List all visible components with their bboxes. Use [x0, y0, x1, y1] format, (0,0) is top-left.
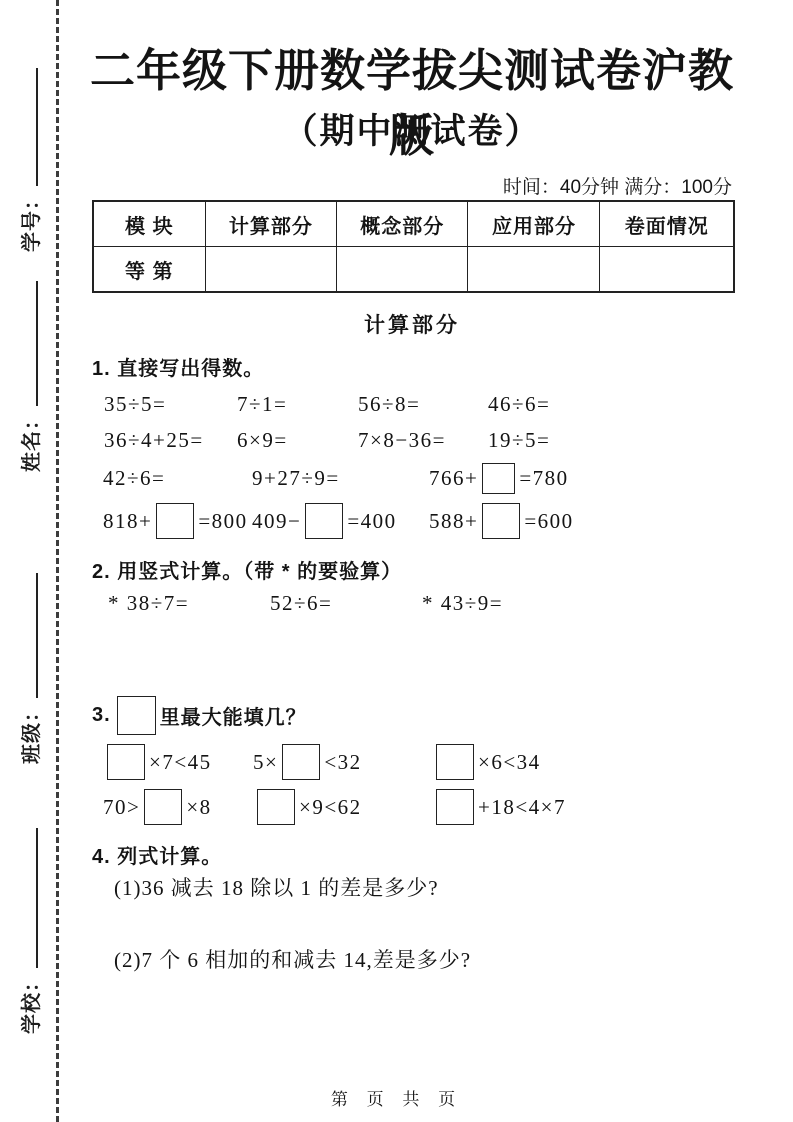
inequality-right: ×6<34 [478, 750, 541, 774]
score-table-empty-cell [468, 247, 600, 293]
answer-box [482, 463, 515, 494]
school-blank-line [14, 828, 38, 968]
inequality-right: ×9<62 [299, 795, 362, 819]
score-table-grade-row: 等 第 [93, 247, 734, 293]
score-table-header-module: 模 块 [93, 201, 205, 247]
binding-dashed-line [56, 0, 59, 1122]
equation: 52÷6= [270, 583, 332, 623]
student-id-field: 学号： [14, 68, 48, 252]
test-paper-page: 学号： 姓名： 班级： 学校： 二年级下册数学拔尖测试卷沪教版 （期中测试卷） … [0, 0, 793, 1122]
answer-box [257, 789, 295, 825]
inequality: ×6<34 [432, 742, 541, 782]
q1-title: 1. 直接写出得数。 [92, 352, 264, 381]
q1-row3: 42÷6= 9+27÷9= 766+=780 [0, 458, 793, 504]
inequality: +18<4×7 [432, 787, 566, 827]
equation: 7×8−36= [358, 420, 446, 460]
score-table-header-row: 模 块 计算部分 概念部分 应用部分 卷面情况 [93, 201, 734, 247]
inequality-right: <32 [324, 750, 361, 774]
q3-row2: 70>×8 ×9<62 +18<4×7 [0, 787, 793, 833]
equation: 818+=800 [103, 501, 248, 541]
q3-question: 里最大能填几？ [160, 701, 307, 730]
answer-box [144, 789, 182, 825]
page-footer: 第 页 共 页 [0, 1085, 793, 1110]
calc-section-heading: 计算部分 [88, 309, 736, 339]
answer-box [156, 503, 194, 539]
score-table-empty-cell [205, 247, 336, 293]
q4-item-2: (2)7 个 6 相加的和减去 14,差是多少? [114, 944, 471, 974]
equation: 56÷8= [358, 384, 420, 424]
equation-left: 766+ [429, 466, 478, 490]
equation-left: 818+ [103, 509, 152, 533]
q4-item-1: (1)36 减去 18 除以 1 的差是多少? [114, 872, 439, 902]
answer-box [117, 696, 156, 735]
equation: 7÷1= [237, 384, 287, 424]
q4-title: 4. 列式计算。 [92, 840, 222, 869]
student-id-blank-line [14, 68, 38, 186]
score-table-grade-label: 等 第 [93, 247, 205, 293]
equation-right: =800 [198, 509, 247, 533]
score-table-header-application: 应用部分 [468, 201, 600, 247]
paper-subtitle: （期中测试卷） [88, 104, 736, 154]
score-table-header-calc: 计算部分 [205, 201, 336, 247]
q3-title: 3. 里最大能填几？ [92, 696, 307, 735]
answer-box [305, 503, 343, 539]
equation: 36÷4+25= [104, 420, 204, 460]
score-table-header-presentation: 卷面情况 [600, 201, 734, 247]
inequality: 70>×8 [103, 787, 212, 827]
equation: 19÷5= [488, 420, 550, 460]
equation-right: =600 [524, 509, 573, 533]
inequality: 5×<32 [253, 742, 362, 782]
time-score-line: 时间：40分钟 满分：100分 [90, 172, 732, 199]
answer-box [282, 744, 320, 780]
equation-left: 588+ [429, 509, 478, 533]
school-field: 学校： [14, 828, 48, 1034]
inequality-right: +18<4×7 [478, 795, 566, 819]
q2-row: * 38÷7= 52÷6= * 43÷9= [0, 583, 793, 629]
equation-right: =400 [347, 509, 396, 533]
equation: 35÷5= [104, 384, 166, 424]
equation-left: 409− [252, 509, 301, 533]
inequality: ×7<45 [103, 742, 212, 782]
score-table-header-concept: 概念部分 [337, 201, 468, 247]
answer-box [436, 744, 474, 780]
equation: 588+=600 [429, 501, 574, 541]
inequality-right: ×7<45 [149, 750, 212, 774]
score-table-empty-cell [337, 247, 468, 293]
equation: 766+=780 [429, 458, 569, 498]
school-label: 学校： [21, 971, 43, 1034]
equation-right: =780 [519, 466, 568, 490]
inequality: ×9<62 [253, 787, 362, 827]
score-table: 模 块 计算部分 概念部分 应用部分 卷面情况 等 第 [92, 200, 735, 293]
student-id-label: 学号： [21, 189, 43, 252]
score-table-empty-cell [600, 247, 734, 293]
inequality-right: ×8 [186, 795, 211, 819]
inequality-left: 70> [103, 795, 140, 819]
equation: * 38÷7= [108, 583, 189, 623]
q1-row4: 818+=800 409−=400 588+=600 [0, 501, 793, 547]
equation: 6×9= [237, 420, 288, 460]
equation: * 43÷9= [422, 583, 503, 623]
inequality-left: 5× [253, 750, 278, 774]
q3-number: 3. [92, 704, 111, 727]
q2-title: 2. 用竖式计算。（带 * 的要验算） [92, 555, 402, 584]
equation: 409−=400 [252, 501, 397, 541]
equation: 9+27÷9= [252, 458, 340, 498]
answer-box [482, 503, 520, 539]
equation: 46÷6= [488, 384, 550, 424]
answer-box [436, 789, 474, 825]
equation: 42÷6= [103, 458, 165, 498]
answer-box [107, 744, 145, 780]
q3-row1: ×7<45 5×<32 ×6<34 [0, 742, 793, 788]
